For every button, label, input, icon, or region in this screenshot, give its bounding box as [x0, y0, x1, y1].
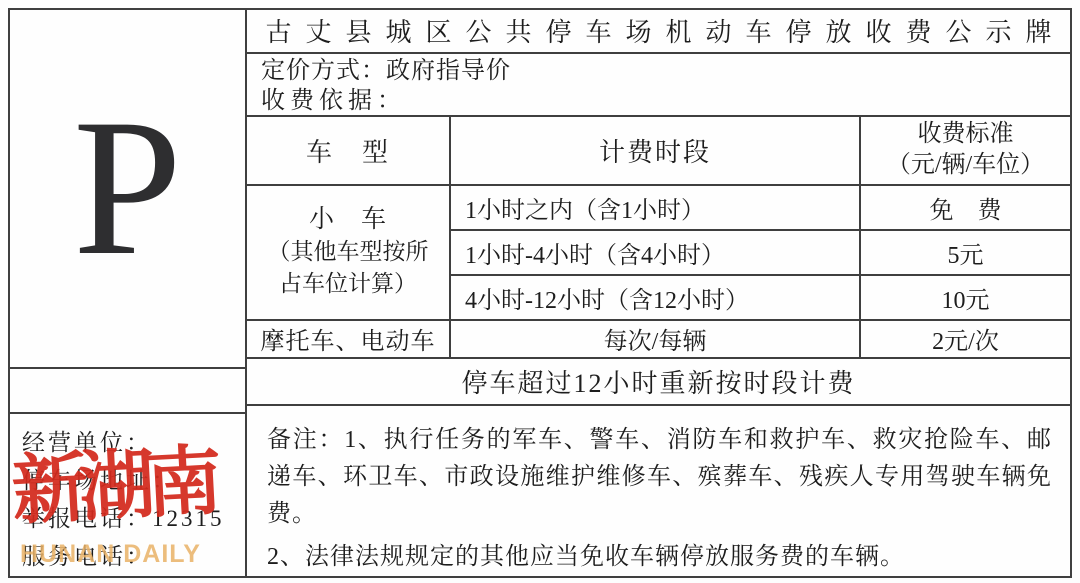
period-cell: 4小时-12小时（含12小时）	[449, 276, 859, 319]
rate-cell: 5元	[859, 231, 1070, 274]
right-column: 古丈县城区公共停车场机动车停放收费公示牌 定价方式：政府指导价 收费依据： 车 …	[245, 10, 1070, 576]
period-cell: 1小时-4小时（含4小时）	[449, 231, 859, 274]
rate-cell: 免 费	[859, 186, 1070, 229]
car-rows-section: 小 车 （其他车型按所占车位计算） 1小时之内（含1小时） 免 费 1小时-4小…	[247, 184, 1070, 320]
table-row: 1小时之内（含1小时） 免 费	[449, 186, 1070, 229]
operator-info-block: 经营单位： 停车场地址： 举报电话：12315 服务电话：	[10, 414, 245, 576]
remark-line-1: 备注：1、执行任务的军车、警车、消防车和救护车、救灾抢险车、邮递车、环卫车、市政…	[267, 422, 1052, 533]
car-period-rate-rows: 1小时之内（含1小时） 免 费 1小时-4小时（含4小时） 5元 4小时-12小…	[449, 186, 1070, 320]
header-vehicle-type: 车 型	[247, 117, 449, 184]
service-phone-line: 服务电话：	[22, 538, 245, 576]
motorcycle-period-cell: 每次/每辆	[449, 321, 859, 356]
header-fee-standard: 收费标准 （元/辆/车位）	[859, 117, 1070, 184]
header-fee-standard-line1: 收费标准	[918, 119, 1014, 150]
overflow-note-row: 停车超过12小时重新按时段计费	[247, 357, 1070, 404]
period-cell: 1小时之内（含1小时）	[449, 186, 859, 229]
pricing-method-line: 定价方式：政府指导价	[261, 56, 1070, 86]
table-row: 4小时-12小时（含12小时） 10元	[449, 274, 1070, 319]
operator-line: 经营单位：	[22, 424, 245, 462]
header-billing-period: 计费时段	[449, 117, 859, 184]
board-title: 古丈县城区公共停车场机动车停放收费公示牌	[251, 12, 1065, 49]
title-row: 古丈县城区公共停车场机动车停放收费公示牌	[247, 10, 1070, 52]
car-vehicle-name: 小 车	[309, 204, 387, 236]
parking-symbol-cell: P	[10, 10, 245, 369]
pricing-basis-line: 收费依据：	[261, 86, 1070, 116]
parking-fee-notice-board: P 经营单位： 停车场地址： 举报电话：12315 服务电话： 古丈县城区公共停…	[0, 0, 1080, 583]
empty-cell	[10, 369, 245, 414]
pricing-row: 定价方式：政府指导价 收费依据：	[247, 52, 1070, 115]
address-line: 停车场地址：	[22, 462, 245, 500]
remarks-cell: 备注：1、执行任务的军车、警车、消防车和救护车、救灾抢险车、邮递车、环卫车、市政…	[247, 404, 1070, 576]
motorcycle-row: 摩托车、电动车 每次/每辆 2元/次	[247, 319, 1070, 356]
table-header-row: 车 型 计费时段 收费标准 （元/辆/车位）	[247, 115, 1070, 184]
motorcycle-rate-cell: 2元/次	[859, 321, 1070, 356]
report-phone-line: 举报电话：12315	[22, 500, 245, 538]
table-row: 1小时-4小时（含4小时） 5元	[449, 229, 1070, 274]
parking-symbol: P	[73, 90, 182, 286]
remark-line-2: 2、法律法规规定的其他应当免收车辆停放服务费的车辆。	[267, 539, 1052, 576]
header-fee-standard-line2: （元/辆/车位）	[887, 150, 1044, 181]
car-vehicle-cell: 小 车 （其他车型按所占车位计算）	[247, 186, 449, 320]
car-vehicle-note: （其他车型按所占车位计算）	[263, 236, 433, 300]
left-column: P 经营单位： 停车场地址： 举报电话：12315 服务电话：	[10, 10, 245, 576]
rate-cell: 10元	[859, 276, 1070, 319]
motorcycle-name-cell: 摩托车、电动车	[247, 321, 449, 356]
board-frame: P 经营单位： 停车场地址： 举报电话：12315 服务电话： 古丈县城区公共停…	[8, 8, 1072, 578]
